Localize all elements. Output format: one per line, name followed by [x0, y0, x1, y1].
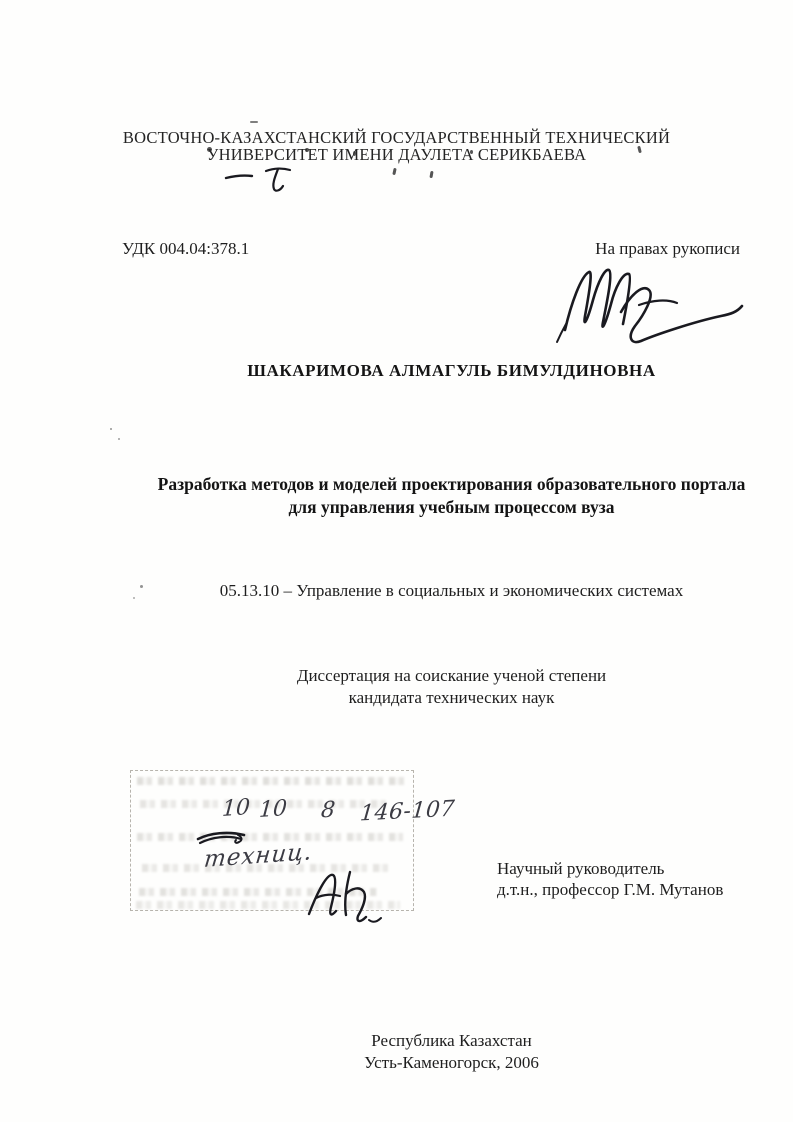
dissertation-title-page: ВОСТОЧНО-КАЗАХСТАНСКИЙ ГОСУДАРСТВЕННЫЙ Т… — [0, 0, 793, 1122]
stamp-faint-print-row — [137, 833, 403, 841]
scan-speck — [353, 151, 356, 156]
manuscript-note: На правах рукописи — [595, 239, 740, 259]
stamp-faint-print-row — [137, 777, 405, 785]
dissertation-statement-line2: кандидата технических наук — [110, 687, 793, 709]
imprint-city-year: Усть-Каменогорск, 2006 — [110, 1052, 793, 1074]
scan-speck — [110, 428, 112, 430]
handwritten-signature — [543, 260, 763, 348]
scan-speck — [118, 438, 120, 440]
university-name-line2: УНИВЕРСИТЕТ ИМЕНИ ДАУЛЕТА СЕРИКБАЕВА — [0, 146, 793, 163]
dissertation-statement: Диссертация на соискание ученой степени … — [110, 665, 793, 709]
university-name-line1: ВОСТОЧНО-КАЗАХСТАНСКИЙ ГОСУДАРСТВЕННЫЙ Т… — [0, 129, 793, 146]
stamp-handwritten-number-1: 10 — [221, 795, 251, 822]
imprint-country: Республика Казахстан — [110, 1030, 793, 1052]
supervisor-label: Научный руководитель — [497, 859, 723, 880]
supervisor-name: д.т.н., профессор Г.М. Мутанов — [497, 880, 723, 901]
scan-speck — [250, 121, 258, 123]
scan-speck — [207, 147, 212, 152]
dissertation-statement-line1: Диссертация на соискание ученой степени — [110, 665, 793, 687]
scan-speck — [429, 171, 433, 178]
imprint-block: Республика Казахстан Усть-Каменогорск, 2… — [110, 1030, 793, 1073]
scan-speck — [392, 168, 396, 175]
dissertation-title: Разработка методов и моделей проектирова… — [110, 473, 793, 519]
author-name: ШАКАРИМОВА АЛМАГУЛЬ БИМУЛДИНОВНА — [110, 361, 793, 381]
scan-speck — [305, 148, 309, 152]
stamp-handwritten-number-2: 10 — [258, 796, 288, 823]
stamp-handwritten-number-4: 146-107 — [359, 796, 456, 826]
specialty-code: 05.13.10 – Управление в социальных и эко… — [110, 581, 793, 601]
dissertation-title-line2: для управления учебным процессом вуза — [110, 496, 793, 519]
university-header: ВОСТОЧНО-КАЗАХСТАНСКИЙ ГОСУДАРСТВЕННЫЙ Т… — [0, 129, 793, 163]
udc-number: УДК 004.04:378.1 — [122, 239, 249, 259]
scan-speck — [470, 150, 473, 154]
dissertation-title-line1: Разработка методов и моделей проектирова… — [110, 473, 793, 496]
scan-speck — [140, 585, 143, 588]
handwritten-correction-mark — [222, 163, 307, 197]
handwritten-initials — [303, 866, 383, 922]
supervisor-block: Научный руководитель д.т.н., профессор Г… — [497, 859, 723, 900]
scan-speck — [133, 597, 135, 599]
stamp-handwritten-number-3: 8 — [320, 798, 336, 824]
